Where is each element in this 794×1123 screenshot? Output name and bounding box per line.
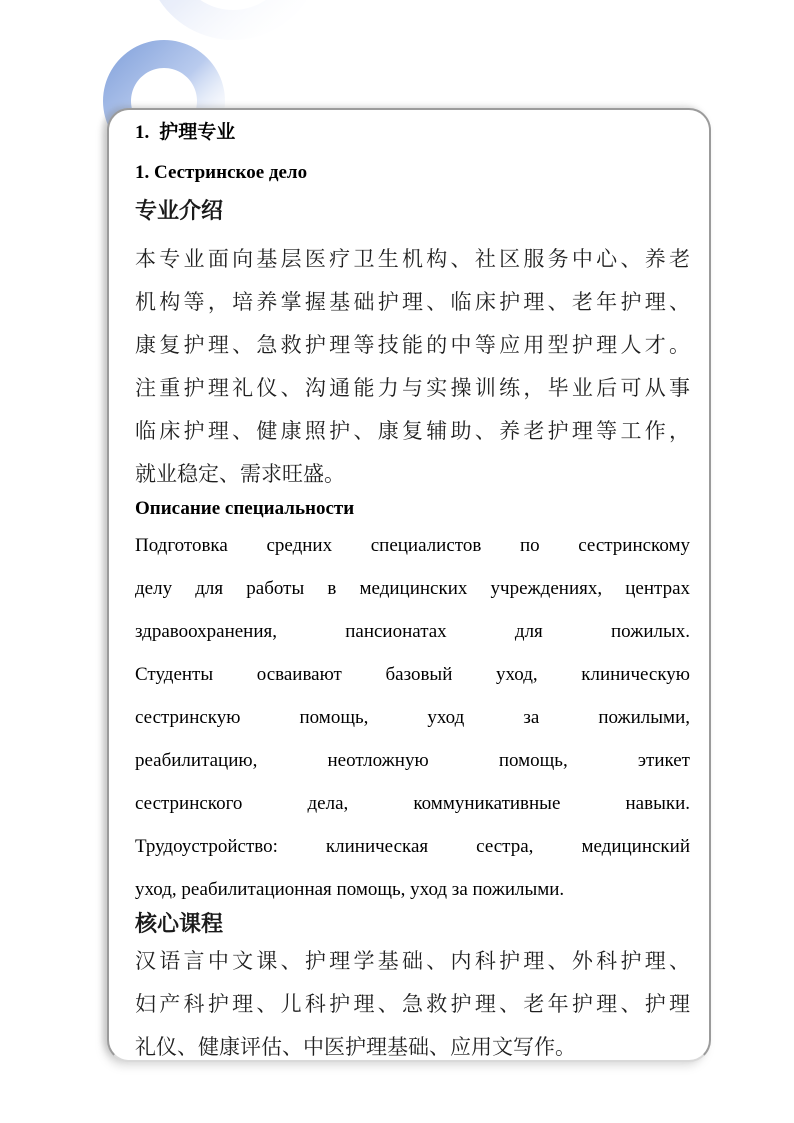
paragraph-line: сестринскую помощь, уход за пожилыми, — [135, 696, 690, 739]
cn-courses-paragraph: 汉语言中文课、护理学基础、内科护理、外科护理、 妇产科护理、儿科护理、急救护理、… — [135, 940, 690, 1062]
paragraph-line: сестринского дела, коммуникативные навык… — [135, 782, 690, 825]
heading-number: 1. — [135, 122, 149, 143]
cn-courses-heading: 核心课程 — [135, 911, 690, 937]
paragraph-line: Студенты осваивают базовый уход, клиниче… — [135, 653, 690, 696]
cn-intro-heading: 专业介绍 — [135, 198, 690, 224]
heading-text: 护理专业 — [159, 122, 235, 143]
paragraph-line: Трудоустройство: клиническая сестра, мед… — [135, 825, 690, 868]
document-page: 1.护理专业 1. Сестринское дело 专业介绍 本专业面向基层医… — [0, 0, 794, 1123]
paragraph-line: 康复护理、急救护理等技能的中等应用型护理人才。 — [135, 324, 690, 367]
paragraph-line: 机构等，培养掌握基础护理、临床护理、老年护理、 — [135, 281, 690, 324]
paragraph-line: делу для работы в медицинских учреждения… — [135, 567, 690, 610]
paragraph-line: 注重护理礼仪、沟通能力与实操训练，毕业后可从事 — [135, 367, 690, 410]
paragraph-line: 妇产科护理、儿科护理、急救护理、老年护理、护理 — [135, 983, 690, 1026]
paragraph-line: 就业稳定、需求旺盛。 — [135, 453, 690, 496]
paragraph-line: 汉语言中文课、护理学基础、内科护理、外科护理、 — [135, 940, 690, 983]
paragraph-line: 礼仪、健康评估、中医护理基础、应用文写作。 — [135, 1026, 690, 1062]
content-card: 1.护理专业 1. Сестринское дело 专业介绍 本专业面向基层医… — [107, 108, 711, 1062]
ru-description-heading: Описание специальности — [135, 496, 690, 522]
top-light-ring-icon — [145, 0, 321, 40]
paragraph-line: реабилитацию, неотложную помощь, этикет — [135, 739, 690, 782]
ru-description-paragraph: Подготовка средних специалистов по сестр… — [135, 524, 690, 911]
paragraph-line: здравоохранения, пансионатах для пожилых… — [135, 610, 690, 653]
ru-numbered-heading: 1. Сестринское дело — [135, 161, 690, 185]
paragraph-line: 本专业面向基层医疗卫生机构、社区服务中心、养老 — [135, 238, 690, 281]
paragraph-line: Подготовка средних специалистов по сестр… — [135, 524, 690, 567]
cn-numbered-heading: 1.护理专业 — [135, 121, 690, 145]
paragraph-line: уход, реабилитационная помощь, уход за п… — [135, 868, 690, 911]
paragraph-line: 临床护理、健康照护、康复辅助、养老护理等工作， — [135, 410, 690, 453]
cn-intro-paragraph: 本专业面向基层医疗卫生机构、社区服务中心、养老 机构等，培养掌握基础护理、临床护… — [135, 238, 690, 496]
